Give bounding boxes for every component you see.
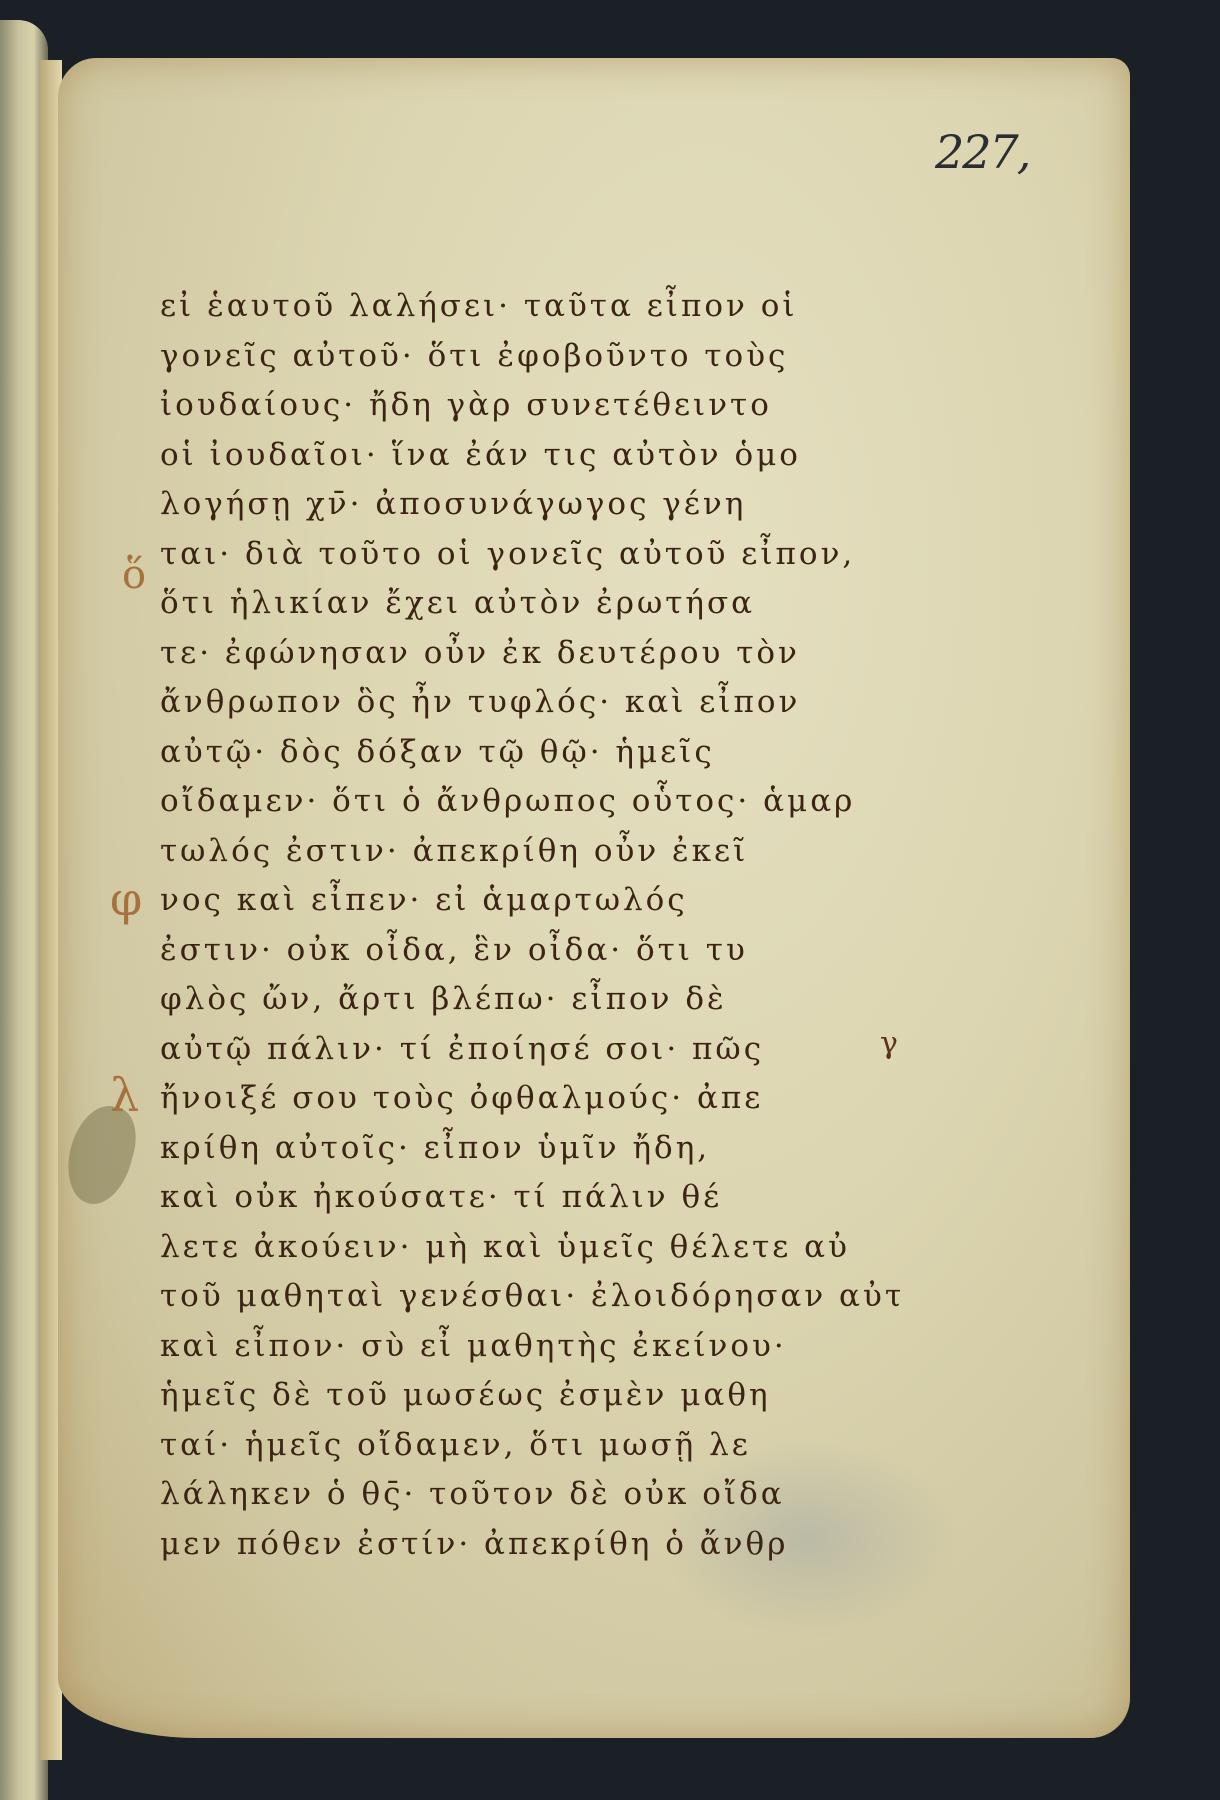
text-line: λετε ἀκούειν· μὴ καὶ ὑμεῖς θέλετε αὐ bbox=[160, 1223, 900, 1273]
text-column: εἰ ἑαυτοῦ λαλήσει· ταῦτα εἶπον οἱ γονεῖς… bbox=[160, 282, 900, 1569]
text-line: ἐστιν· οὐκ οἶδα, ἓν οἶδα· ὅτι τυ bbox=[160, 926, 900, 976]
marginal-note-gamma: γ bbox=[880, 1026, 898, 1061]
text-line: νος καὶ εἶπεν· εἰ ἁμαρτωλός bbox=[160, 876, 900, 926]
text-line: ταί· ἡμεῖς οἴδαμεν, ὅτι μωσῇ λε bbox=[160, 1421, 900, 1471]
text-line: ται· διὰ τοῦτο οἱ γονεῖς αὐτοῦ εἶπον, bbox=[160, 530, 900, 580]
rubric-initial-phi: φ bbox=[110, 872, 142, 926]
text-line: αὐτῷ· δὸς δόξαν τῷ θῷ· ἡμεῖς bbox=[160, 728, 900, 778]
text-line: οἱ ἰουδαῖοι· ἵνα ἐάν τις αὐτὸν ὁμο bbox=[160, 431, 900, 481]
text-line: ἤνοιξέ σου τοὺς ὀφθαλμούς· ἀπε bbox=[160, 1074, 900, 1124]
text-line: κρίθη αὐτοῖς· εἶπον ὑμῖν ἤδη, bbox=[160, 1124, 900, 1174]
text-line: λάληκεν ὁ θς̄· τοῦτον δὲ οὐκ οἴδα bbox=[160, 1470, 900, 1520]
rubric-initial-omicron: ὅ bbox=[122, 552, 146, 598]
text-line: αὐτῷ πάλιν· τί ἐποίησέ σοι· πῶς bbox=[160, 1025, 900, 1075]
text-line: γονεῖς αὐτοῦ· ὅτι ἐφοβοῦντο τοὺς bbox=[160, 332, 900, 382]
text-line: τοῦ μαθηταὶ γενέσθαι· ἐλοιδόρησαν αὐτ bbox=[160, 1272, 900, 1322]
text-line: λογήσῃ χν̄· ἀποσυνάγωγος γένη bbox=[160, 480, 900, 530]
text-line: ἡμεῖς δὲ τοῦ μωσέως ἐσμὲν μαθη bbox=[160, 1371, 900, 1421]
text-line: ἄνθρωπον ὃς ἦν τυφλός· καὶ εἶπον bbox=[160, 678, 900, 728]
text-line: μεν πόθεν ἐστίν· ἀπεκρίθη ὁ ἄνθρ bbox=[160, 1520, 900, 1570]
text-line: οἴδαμεν· ὅτι ὁ ἄνθρωπος οὗτος· ἁμαρ bbox=[160, 777, 900, 827]
text-line: τωλός ἐστιν· ἀπεκρίθη οὖν ἐκεῖ bbox=[160, 827, 900, 877]
text-line: καὶ οὐκ ἠκούσατε· τί πάλιν θέ bbox=[160, 1173, 900, 1223]
text-line: καὶ εἶπον· σὺ εἶ μαθητὴς ἐκείνου· bbox=[160, 1322, 900, 1372]
rubric-initial-lambda: λ bbox=[110, 1068, 139, 1122]
text-line: τε· ἐφώνησαν οὖν ἐκ δευτέρου τὸν bbox=[160, 629, 900, 679]
text-line: φλὸς ὤν, ἄρτι βλέπω· εἶπον δὲ bbox=[160, 975, 900, 1025]
folio-number: 227, bbox=[935, 125, 1029, 179]
text-line: ὅτι ἡλικίαν ἔχει αὐτὸν ἐρωτήσα bbox=[160, 579, 900, 629]
text-line: ἰουδαίους· ἤδη γὰρ συνετέθειντο bbox=[160, 381, 900, 431]
text-line: εἰ ἑαυτοῦ λαλήσει· ταῦτα εἶπον οἱ bbox=[160, 282, 900, 332]
